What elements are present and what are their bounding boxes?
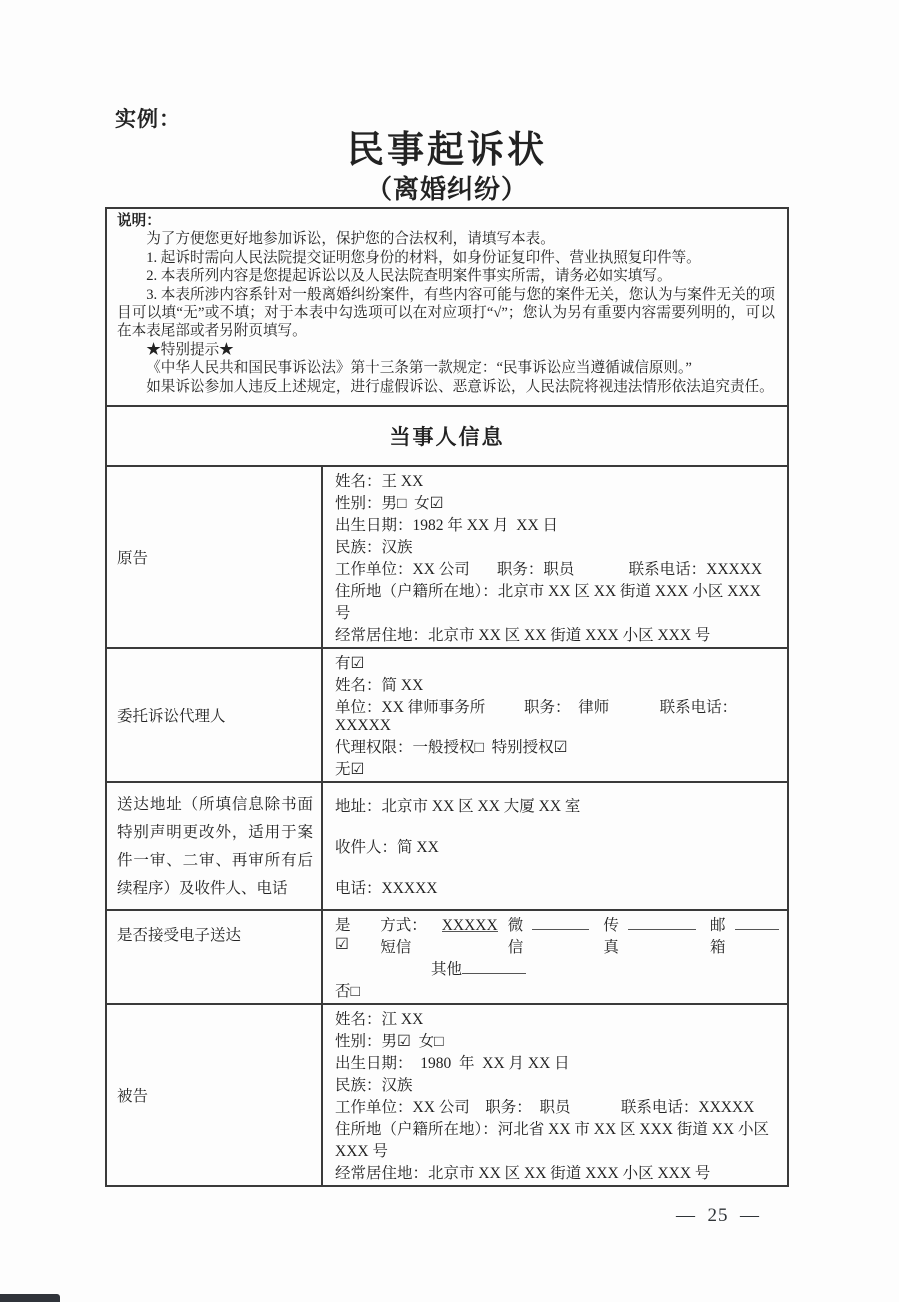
instruction-paragraph: 1. 起诉时需向人民法院提交证明您身份的材料，如身份证复印件、营业执照复印件等。	[117, 249, 775, 267]
email-blank-line	[735, 915, 779, 930]
fax-label: 传真	[603, 913, 628, 957]
electronic-service-label: 是否接受电子送达	[107, 911, 323, 1003]
section-title-party-info: 当事人信息	[107, 407, 787, 467]
agent-employer-line: 单位：XX 律师事务所 职务： 律师 联系电话：XXXXX	[335, 695, 779, 735]
fax-blank-line	[628, 915, 696, 930]
yes-checkbox: 是☑	[335, 913, 358, 954]
instruction-paragraph: 如果诉讼参加人违反上述规定，进行虚假诉讼、恶意诉讼，人民法院将视违法情形依法追究…	[117, 378, 775, 396]
page-number: — 25 —	[648, 1205, 788, 1227]
defendant-gender-line: 性别：男☑ 女□	[335, 1029, 779, 1051]
plaintiff-habitual-residence-line: 经常居住地：北京市 XX 区 XX 街道 XXX 小区 XXX 号	[335, 623, 779, 645]
defendant-birthdate-line: 出生日期： 1980 年 XX 月 XX 日	[335, 1051, 779, 1073]
defendant-content: 姓名：江 XX 性别：男☑ 女□ 出生日期： 1980 年 XX 月 XX 日 …	[323, 1005, 787, 1185]
special-notice-heading: ★特别提示★	[117, 341, 775, 359]
instruction-paragraph: 3. 本表所涉内容系针对一般离婚纠纷案件，有些内容可能与您的案件无关，您认为与案…	[117, 286, 775, 341]
electronic-service-yes-line: 是☑ 方式：短信 XXXXX 微信 传真 邮箱	[335, 913, 779, 957]
service-address-label: 送达地址（所填信息除书面特别声明更改外，适用于案件一审、二审、再审所有后续程序）…	[107, 783, 323, 909]
service-address-row: 送达地址（所填信息除书面特别声明更改外，适用于案件一审、二审、再审所有后续程序）…	[107, 783, 787, 911]
defendant-residence-line: 住所地（户籍所在地）：河北省 XX 市 XX 区 XXX 街道 XX 小区 XX…	[335, 1117, 779, 1161]
plaintiff-gender-line: 性别：男□ 女☑	[335, 491, 779, 513]
instruction-paragraph: 《中华人民共和国民事诉讼法》第十三条第一款规定：“民事诉讼应当遵循诚信原则。”	[117, 359, 775, 377]
agent-name-line: 姓名：简 XX	[335, 673, 779, 695]
other-blank-line	[462, 959, 526, 974]
plaintiff-birthdate-line: 出生日期：1982 年 XX 月 XX 日	[335, 513, 779, 535]
plaintiff-ethnicity-line: 民族：汉族	[335, 535, 779, 557]
plaintiff-employer-line: 工作单位：XX 公司 职务：职员 联系电话：XXXXX	[335, 557, 779, 579]
scan-edge-artifact	[0, 1294, 60, 1302]
agent-authority-line: 代理权限：一般授权□ 特别授权☑	[335, 735, 779, 757]
plaintiff-residence-line: 住所地（户籍所在地）：北京市 XX 区 XX 街道 XXX 小区 XXX 号	[335, 579, 779, 623]
complaint-form-table: 说明： 为了方便您更好地参加诉讼，保护您的合法权利，请填写本表。 1. 起诉时需…	[105, 207, 789, 1187]
electronic-service-row: 是否接受电子送达 是☑ 方式：短信 XXXXX 微信 传真 邮箱 其他	[107, 911, 787, 1005]
no-checkbox: 否□	[335, 979, 779, 1001]
service-address-line: 地址：北京市 XX 区 XX 大厦 XX 室	[335, 794, 779, 816]
document-subtitle: （离婚纠纷）	[105, 174, 789, 205]
agent-content: 有☑ 姓名：简 XX 单位：XX 律师事务所 职务： 律师 联系电话：XXXXX…	[323, 649, 787, 781]
electronic-service-content: 是☑ 方式：短信 XXXXX 微信 传真 邮箱 其他 否□	[323, 911, 787, 1003]
plaintiff-content: 姓名：王 XX 性别：男□ 女☑ 出生日期：1982 年 XX 月 XX 日 民…	[323, 467, 787, 647]
agent-has-checkbox-line: 有☑	[335, 651, 779, 673]
electronic-service-other-line: 其他	[431, 957, 779, 979]
service-phone-line: 电话：XXXXX	[335, 876, 779, 898]
wechat-blank-line	[532, 915, 589, 930]
instructions-heading: 说明：	[117, 212, 775, 230]
scanned-document-page: 实例： 民事起诉状 （离婚纠纷） 说明： 为了方便您更好地参加诉讼，保护您的合法…	[0, 0, 899, 1302]
defendant-employer-line: 工作单位：XX 公司 职务： 职员 联系电话：XXXXX	[335, 1095, 779, 1117]
plaintiff-name-line: 姓名：王 XX	[335, 469, 779, 491]
plaintiff-label: 原告	[107, 467, 323, 647]
agent-label: 委托诉讼代理人	[107, 649, 323, 781]
service-recipient-line: 收件人：简 XX	[335, 835, 779, 857]
email-label: 邮箱	[710, 913, 735, 957]
instruction-paragraph: 2. 本表所列内容是您提起诉讼以及人民法院查明案件事实所需，请务必如实填写。	[117, 267, 775, 285]
agent-none-checkbox-line: 无☑	[335, 757, 779, 779]
other-label: 其他	[431, 957, 462, 979]
agent-row: 委托诉讼代理人 有☑ 姓名：简 XX 单位：XX 律师事务所 职务： 律师 联系…	[107, 649, 787, 783]
defendant-ethnicity-line: 民族：汉族	[335, 1073, 779, 1095]
defendant-label: 被告	[107, 1005, 323, 1185]
title-block: 民事起诉状 （离婚纠纷）	[105, 128, 789, 205]
method-prefix-label: 方式：短信	[380, 913, 441, 957]
instruction-paragraph: 为了方便您更好地参加诉讼，保护您的合法权利，请填写本表。	[117, 230, 775, 248]
defendant-row: 被告 姓名：江 XX 性别：男☑ 女□ 出生日期： 1980 年 XX 月 XX…	[107, 1005, 787, 1185]
defendant-name-line: 姓名：江 XX	[335, 1007, 779, 1029]
wechat-label: 微信	[508, 913, 533, 957]
sms-value: XXXXX	[442, 917, 498, 932]
plaintiff-row: 原告 姓名：王 XX 性别：男□ 女☑ 出生日期：1982 年 XX 月 XX …	[107, 467, 787, 649]
instructions-box: 说明： 为了方便您更好地参加诉讼，保护您的合法权利，请填写本表。 1. 起诉时需…	[107, 209, 787, 407]
defendant-habitual-residence-line: 经常居住地：北京市 XX 区 XX 街道 XXX 小区 XXX 号	[335, 1161, 779, 1183]
service-address-content: 地址：北京市 XX 区 XX 大厦 XX 室 收件人：简 XX 电话：XXXXX	[323, 783, 787, 909]
document-title: 民事起诉状	[105, 128, 789, 174]
